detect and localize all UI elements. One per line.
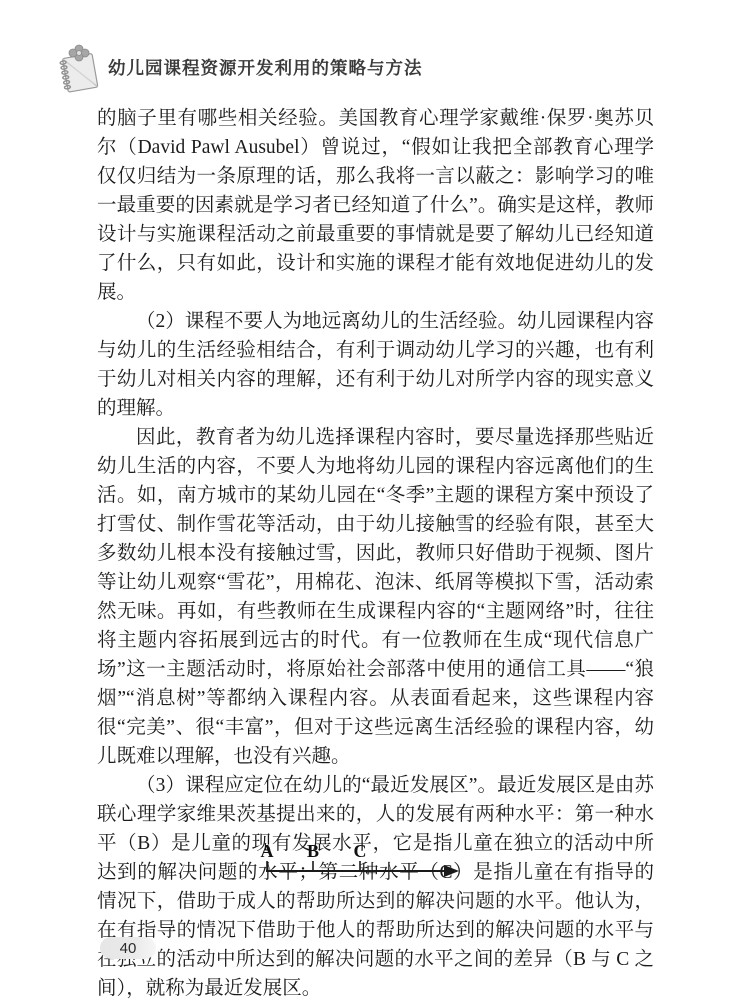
page-header: 幼儿园课程资源开发利用的策略与方法 — [56, 42, 423, 96]
page-number-badge: 40 — [100, 937, 156, 959]
paragraph-point-2: （2）课程不要人为地远离幼儿的生活经验。幼儿园课程内容与幼儿的生活经验相结合，有… — [97, 307, 654, 423]
zpd-number-line-diagram: A B C — [258, 842, 468, 880]
book-page: 幼儿园课程资源开发利用的策略与方法 的脑子里有哪些相关经验。美国教育心理学家戴维… — [0, 0, 750, 1000]
paragraph-point-3: （3）课程应定位在幼儿的“最近发展区”。最近发展区是由苏联心理学家维果茨基提出来… — [97, 771, 654, 1000]
running-head-book-title: 幼儿园课程资源开发利用的策略与方法 — [108, 55, 423, 80]
diagram-label-b: B — [307, 842, 319, 861]
paragraph-continuation: 的脑子里有哪些相关经验。美国教育心理学家戴维·保罗·奥苏贝尔（David Paw… — [97, 104, 654, 307]
diagram-label-a: A — [261, 842, 274, 861]
page-number: 40 — [120, 940, 137, 957]
diagram-arrowhead — [444, 865, 459, 877]
diagram-label-c: C — [354, 842, 367, 861]
diagram-ticks — [267, 861, 360, 871]
paragraph-example: 因此，教育者为幼儿选择课程内容时，要尽量选择那些贴近幼儿生活的内容，不要人为地将… — [97, 423, 654, 771]
notebook-icon — [56, 42, 102, 96]
